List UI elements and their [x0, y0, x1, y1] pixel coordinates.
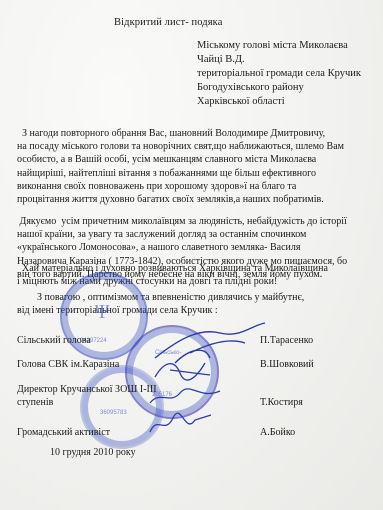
letter-date: 10 грудня 2010 року	[50, 447, 136, 458]
text-line: Дякуємо усім причетним миколаївцям за лю…	[17, 215, 377, 228]
signatory-name: А.Бойко	[260, 426, 295, 439]
signatory-role: Голова СВК ім.Каразіна	[17, 358, 119, 371]
text-line: виконання своїх повноважень при хорошому…	[17, 180, 377, 193]
signatory-name: Т.Костиря	[260, 396, 303, 409]
text-line: особисто, а в Вашій особі, усім мешканця…	[17, 153, 377, 166]
text-line: нашої країни, за увагу та заслужений дог…	[17, 228, 377, 241]
text-line: «українського Ломоносова», а нашого слав…	[17, 241, 377, 254]
text-line: процвітання життя духовно багатих своїх …	[17, 193, 377, 206]
text-line: найщиріші, найтепліші вітання з побажанн…	[17, 167, 377, 180]
addressee-line: Міському голові міста Миколаєва	[197, 39, 361, 53]
signatory-role: Громадський активіст	[17, 426, 110, 439]
signatory-role: Директор Кручанської ЗОШ І-ІІІ ступенів	[17, 383, 157, 409]
stamp-text: 36095783	[100, 410, 127, 416]
paragraph-greeting: З нагоди повторного обрання Вас, шановни…	[17, 127, 377, 206]
text-line: З нагоди повторного обрання Вас, шановни…	[17, 127, 377, 140]
scanned-letter-page: Відкритий лист- подяка Міському голові м…	[0, 0, 383, 510]
addressee-line: Чайці В.Д.	[197, 53, 361, 67]
addressee-block: Міському голові міста Миколаєва Чайці В.…	[197, 39, 361, 109]
signature-boiko-icon	[145, 410, 215, 440]
trident-emblem-icon: Ψ	[92, 300, 112, 324]
signatory-role: Сільський голова	[17, 334, 91, 347]
signatory-name: В.Шовковий	[260, 358, 314, 371]
letter-title: Відкритий лист- подяка	[114, 17, 222, 28]
addressee-line: Богодухівського району	[197, 81, 361, 95]
text-line: на посаду міського голови та новорічних …	[17, 140, 377, 153]
text-line: Хай матеріально і духовно розвиваються Х…	[17, 262, 377, 275]
signature-kostyria-icon	[145, 385, 225, 410]
paragraph-wishes: Хай матеріально і духовно розвиваються Х…	[17, 262, 377, 288]
signatory-name: П.Тарасенко	[260, 334, 313, 347]
signature-shovkovyi-icon	[150, 355, 220, 385]
addressee-line: територіальної громади села Кручик	[197, 67, 361, 81]
addressee-line: Харківської області	[197, 95, 361, 109]
